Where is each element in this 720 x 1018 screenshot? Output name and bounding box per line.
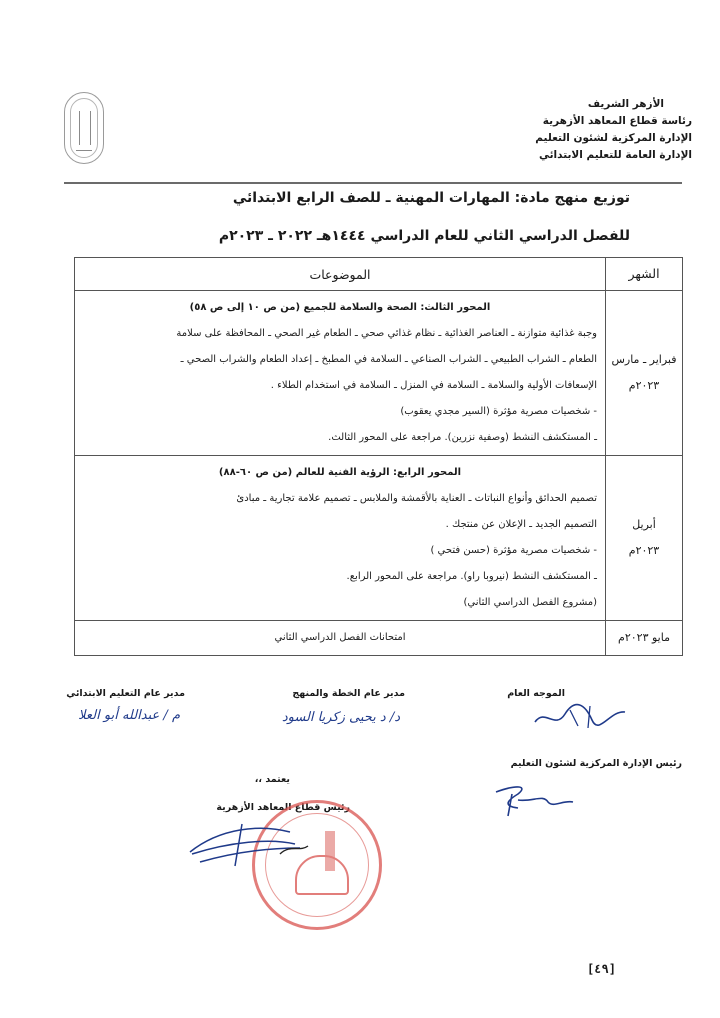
topic-line: ـ المستكشف النشط (وصفية نزرين). مراجعة ع… xyxy=(83,425,597,451)
month-cell: فبراير ـ مارس ٢٠٢٣م xyxy=(606,291,683,456)
institution-header: الأزهر الشريف رئاسة قطاع المعاهد الأزهري… xyxy=(535,96,692,164)
month-label: أبريل xyxy=(607,512,681,538)
topics-header: الموضوعات xyxy=(75,258,606,291)
curriculum-table: الشهر الموضوعات فبراير ـ مارس ٢٠٢٣م المح… xyxy=(74,257,683,656)
primary-director-signature: م / عبدالله أبو العلا xyxy=(78,708,180,723)
month-label: فبراير ـ مارس xyxy=(607,347,681,373)
topic-line: تصميم الحدائق وأنواع النباتات ـ العناية … xyxy=(83,486,597,512)
month-cell: مايو ٢٠٢٣م xyxy=(606,621,683,656)
page-number: [٤٩] xyxy=(587,962,616,976)
header-line: رئاسة قطاع المعاهد الأزهرية xyxy=(535,113,692,130)
general-supervisor-label: الموجه العام xyxy=(507,688,565,699)
topic-line: وجبة غذائية متوازنة ـ العناصر الغذائية ـ… xyxy=(83,321,597,347)
topics-cell: امتحانات الفصل الدراسي الثاني xyxy=(75,621,606,656)
topics-cell: المحور الرابع: الرؤية الفنية للعالم (من … xyxy=(75,456,606,621)
central-admin-signature-icon xyxy=(488,780,578,820)
topic-line: التصميم الجديد ـ الإعلان عن منتجك . xyxy=(83,512,597,538)
header-line: الأزهر الشريف xyxy=(535,96,692,113)
unit-heading: المحور الرابع: الرؤية الفنية للعالم (من … xyxy=(83,460,597,486)
primary-director-label: مدير عام التعليم الابتدائي xyxy=(66,688,185,699)
month-year: ٢٠٢٣م xyxy=(607,373,681,399)
topic-line: ـ المستكشف النشط (نيروبا راو). مراجعة عل… xyxy=(83,564,597,590)
topics-cell: المحور الثالث: الصحة والسلامة للجميع (من… xyxy=(75,291,606,456)
topic-line: - شخصيات مصرية مؤثرة (حسن فتحي ) xyxy=(83,538,597,564)
planning-director-label: مدير عام الخطة والمنهج xyxy=(292,688,405,699)
unit-heading: المحور الثالث: الصحة والسلامة للجميع (من… xyxy=(83,295,597,321)
table-row: أبريل ٢٠٢٣م المحور الرابع: الرؤية الفنية… xyxy=(75,456,683,621)
table-header-row: الشهر الموضوعات xyxy=(75,258,683,291)
header-line: الإدارة المركزية لشئون التعليم xyxy=(535,130,692,147)
document-subtitle: للفصل الدراسي الثاني للعام الدراسي ١٤٤٤ه… xyxy=(219,228,630,244)
month-header: الشهر xyxy=(606,258,683,291)
table-row: فبراير ـ مارس ٢٠٢٣م المحور الثالث: الصحة… xyxy=(75,291,683,456)
topic-line: امتحانات الفصل الدراسي الثاني xyxy=(83,625,597,651)
topic-line: - شخصيات مصرية مؤثرة (السير مجدي يعقوب) xyxy=(83,399,597,425)
header-divider xyxy=(64,182,682,184)
topic-line: الإسعافات الأولية والسلامة ـ السلامة في … xyxy=(83,373,597,399)
month-cell: أبريل ٢٠٢٣م xyxy=(606,456,683,621)
planning-director-signature: د/ د يحيى زكريا السود xyxy=(282,710,400,725)
al-azhar-logo-icon xyxy=(64,92,104,164)
document-title: توزيع منهج مادة: المهارات المهنية ـ للصف… xyxy=(233,190,630,206)
month-year: ٢٠٢٣م xyxy=(607,538,681,564)
central-admin-head-label: رئيس الإدارة المركزية لشئون التعليم xyxy=(511,758,682,769)
document-page: الأزهر الشريف رئاسة قطاع المعاهد الأزهري… xyxy=(0,0,720,1018)
approval-label: يعتمد ،، xyxy=(255,774,290,785)
topic-line: (مشروع الفصل الدراسي الثاني) xyxy=(83,590,597,616)
topic-line: الطعام ـ الشراب الطبيعي ـ الشراب الصناعي… xyxy=(83,347,597,373)
general-supervisor-signature-icon xyxy=(530,700,630,732)
sector-head-signature-icon xyxy=(180,818,310,868)
table-row: مايو ٢٠٢٣م امتحانات الفصل الدراسي الثاني xyxy=(75,621,683,656)
header-line: الإدارة العامة للتعليم الابتدائي xyxy=(535,147,692,164)
